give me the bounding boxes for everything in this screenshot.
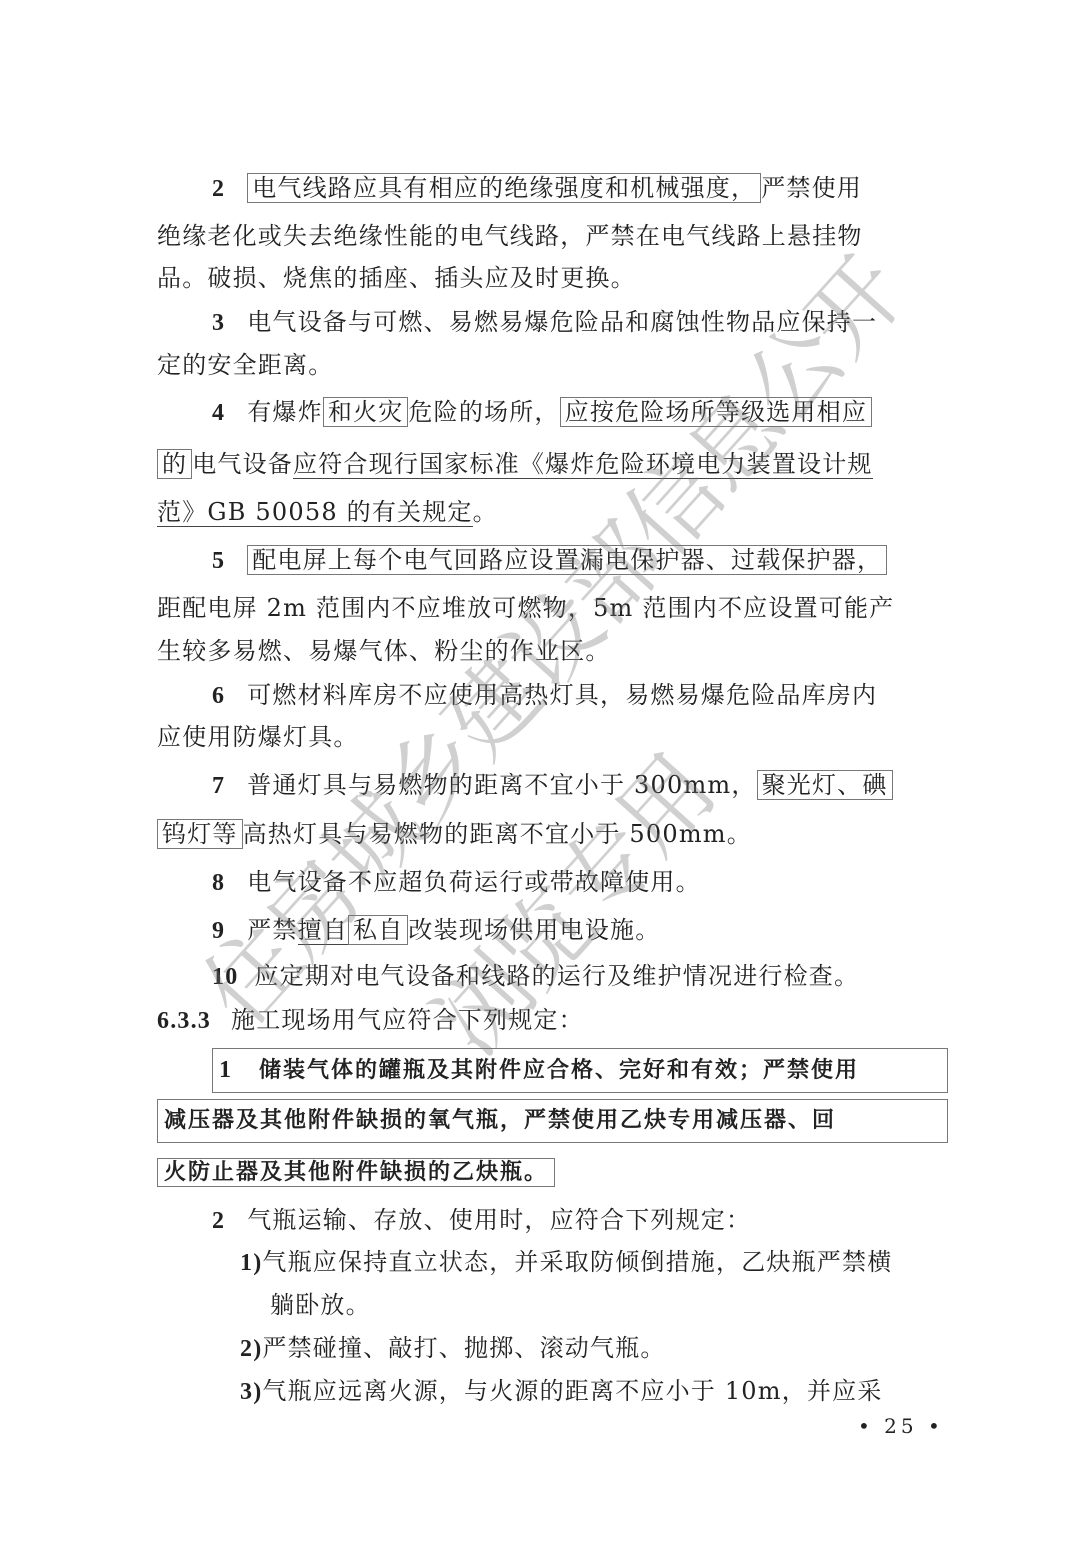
text: 躺卧放。 <box>270 1291 371 1319</box>
text: 气瓶应保持直立状态，并采取防倾倒措施，乙炔瓶严禁横 <box>262 1248 892 1276</box>
item-number: 3 <box>212 310 225 336</box>
subitem-3: 3)气瓶应远离火源，与火源的距离不应小于 10m，并应采 <box>240 1371 952 1411</box>
item-number: 5 <box>212 548 225 574</box>
item-number: 7 <box>212 773 225 799</box>
subitem-number: 1) <box>240 1250 262 1276</box>
text: 应定期对电气设备和线路的运行及维护情况进行检查。 <box>254 962 859 990</box>
text: 高热灯具与易燃物的距离不宜小于 500mm。 <box>243 820 752 848</box>
item-3-line-1: 3电气设备与可燃、易燃易爆危险品和腐蚀性物品应保持一 <box>157 302 952 342</box>
text: 电气设备与可燃、易燃易爆危险品和腐蚀性物品应保持一 <box>247 308 877 336</box>
underlined-text: 范》GB 50058 的有关规定 <box>157 498 473 527</box>
item-2-line-2: 绝缘老化或失去绝缘性能的电气线路，严禁在电气线路上悬挂物 <box>157 216 952 256</box>
text: 储装气体的罐瓶及其附件应合格、完好和有效；严禁使用 <box>259 1058 859 1083</box>
text: 电气设备 <box>192 450 293 478</box>
subitem-1: 1)气瓶应保持直立状态，并采取防倾倒措施，乙炔瓶严禁横 <box>240 1242 952 1282</box>
text: 生较多易燃、易爆气体、粉尘的作业区。 <box>157 637 611 665</box>
text: 普通灯具与易燃物的距离不宜小于 300mm， <box>247 771 756 799</box>
boxed-bold-text: 1储装气体的罐瓶及其附件应合格、完好和有效；严禁使用 <box>212 1048 948 1093</box>
page-number: • 25 • <box>858 1414 944 1438</box>
item-10-line-1: 10应定期对电气设备和线路的运行及维护情况进行检查。 <box>157 956 952 996</box>
gas-item-2: 2气瓶运输、存放、使用时，应符合下列规定： <box>212 1200 952 1240</box>
subitem-number: 3) <box>240 1379 262 1405</box>
clause-6-3-3: 6.3.3施工现场用气应符合下列规定： <box>157 1000 952 1040</box>
item-number: 2 <box>212 1208 225 1234</box>
item-number: 1 <box>219 1057 233 1083</box>
item-number: 10 <box>212 964 238 990</box>
item-6-line-2: 应使用防爆灯具。 <box>157 717 952 757</box>
boxed-bold-text: 减压器及其他附件缺损的氧气瓶，严禁使用乙炔专用减压器、回 <box>157 1099 948 1143</box>
text: 电气设备不应超负荷运行或带故障使用。 <box>247 868 701 896</box>
text: 品。破损、烧焦的插座、插头应及时更换。 <box>157 264 636 292</box>
item-number: 9 <box>212 918 225 944</box>
text: 严禁碰撞、敲打、抛掷、滚动气瓶。 <box>262 1334 665 1362</box>
text: 。 <box>473 498 498 526</box>
boxed-text: 的 <box>157 449 192 479</box>
boxed-text: 聚光灯、碘 <box>757 770 893 800</box>
item-3-line-2: 定的安全距离。 <box>157 345 952 385</box>
boxed-text: 和火灾 <box>323 397 409 427</box>
item-number: 2 <box>212 176 225 202</box>
boxed-text: 私自 <box>348 915 408 945</box>
item-4-line-2: 的电气设备应符合现行国家标准《爆炸危险环境电力装置设计规 <box>157 444 952 484</box>
item-9-line-1: 9严禁擅自私自改装现场供用电设施。 <box>157 910 952 950</box>
clause-number: 6.3.3 <box>157 1008 211 1034</box>
gas-item-1-line-1: 1储装气体的罐瓶及其附件应合格、完好和有效；严禁使用 <box>212 1048 952 1088</box>
boxed-text: 应按危险场所等级选用相应 <box>560 397 872 427</box>
text: 有爆炸 <box>247 398 323 426</box>
item-5-line-1: 5配电屏上每个电气回路应设置漏电保护器、过载保护器， <box>157 540 952 580</box>
subitem-number: 2) <box>240 1336 262 1362</box>
gas-item-1-line-2: 减压器及其他附件缺损的氧气瓶，严禁使用乙炔专用减压器、回 <box>157 1099 952 1139</box>
item-number: 4 <box>212 400 225 426</box>
text: 可燃材料库房不应使用高热灯具，易燃易爆危险品库房内 <box>247 681 877 709</box>
item-4-line-1: 4有爆炸和火灾危险的场所，应按危险场所等级选用相应 <box>157 392 952 432</box>
text: 严禁 <box>247 916 297 944</box>
underlined-text: 擅自 <box>298 916 348 945</box>
item-7-line-2: 钨灯等高热灯具与易燃物的距离不宜小于 500mm。 <box>157 814 952 854</box>
item-2-line-3: 品。破损、烧焦的插座、插头应及时更换。 <box>157 258 952 298</box>
boxed-text: 电气线路应具有相应的绝缘强度和机械强度， <box>247 173 761 203</box>
text: 距配电屏 2m 范围内不应堆放可燃物，5m 范围内不应设置可能产 <box>157 594 894 622</box>
subitem-2: 2)严禁碰撞、敲打、抛掷、滚动气瓶。 <box>240 1328 952 1368</box>
gas-item-1-line-3: 火防止器及其他附件缺损的乙炔瓶。 <box>157 1151 952 1191</box>
subitem-1-cont: 躺卧放。 <box>270 1285 952 1325</box>
text: 绝缘老化或失去绝缘性能的电气线路，严禁在电气线路上悬挂物 <box>157 222 863 250</box>
item-number: 8 <box>212 870 225 896</box>
text: 严禁使用 <box>761 174 862 202</box>
text: 气瓶运输、存放、使用时，应符合下列规定： <box>247 1206 751 1234</box>
clause-text: 施工现场用气应符合下列规定： <box>231 1006 584 1034</box>
item-7-line-1: 7普通灯具与易燃物的距离不宜小于 300mm，聚光灯、碘 <box>157 765 952 805</box>
text: 危险的场所， <box>408 398 559 426</box>
text: 定的安全距离。 <box>157 351 333 379</box>
item-5-line-2: 距配电屏 2m 范围内不应堆放可燃物，5m 范围内不应设置可能产 <box>157 588 952 628</box>
text: 改装现场供用电设施。 <box>408 916 660 944</box>
item-4-line-3: 范》GB 50058 的有关规定。 <box>157 492 952 532</box>
item-8-line-1: 8电气设备不应超负荷运行或带故障使用。 <box>157 862 952 902</box>
boxed-bold-text: 火防止器及其他附件缺损的乙炔瓶。 <box>157 1158 555 1187</box>
item-6-line-1: 6可燃材料库房不应使用高热灯具，易燃易爆危险品库房内 <box>157 675 952 715</box>
underlined-text: 应符合现行国家标准《爆炸危险环境电力装置设计规 <box>293 450 873 479</box>
document-page: 2电气线路应具有相应的绝缘强度和机械强度，严禁使用 绝缘老化或失去绝缘性能的电气… <box>0 0 1080 1567</box>
boxed-text: 钨灯等 <box>157 819 243 849</box>
item-2-line-1: 2电气线路应具有相应的绝缘强度和机械强度，严禁使用 <box>157 168 952 208</box>
boxed-text: 配电屏上每个电气回路应设置漏电保护器、过载保护器， <box>247 545 887 575</box>
item-5-line-3: 生较多易燃、易爆气体、粉尘的作业区。 <box>157 631 952 671</box>
text: 应使用防爆灯具。 <box>157 723 359 751</box>
text: 气瓶应远离火源，与火源的距离不应小于 10m，并应采 <box>262 1377 882 1405</box>
item-number: 6 <box>212 683 225 709</box>
